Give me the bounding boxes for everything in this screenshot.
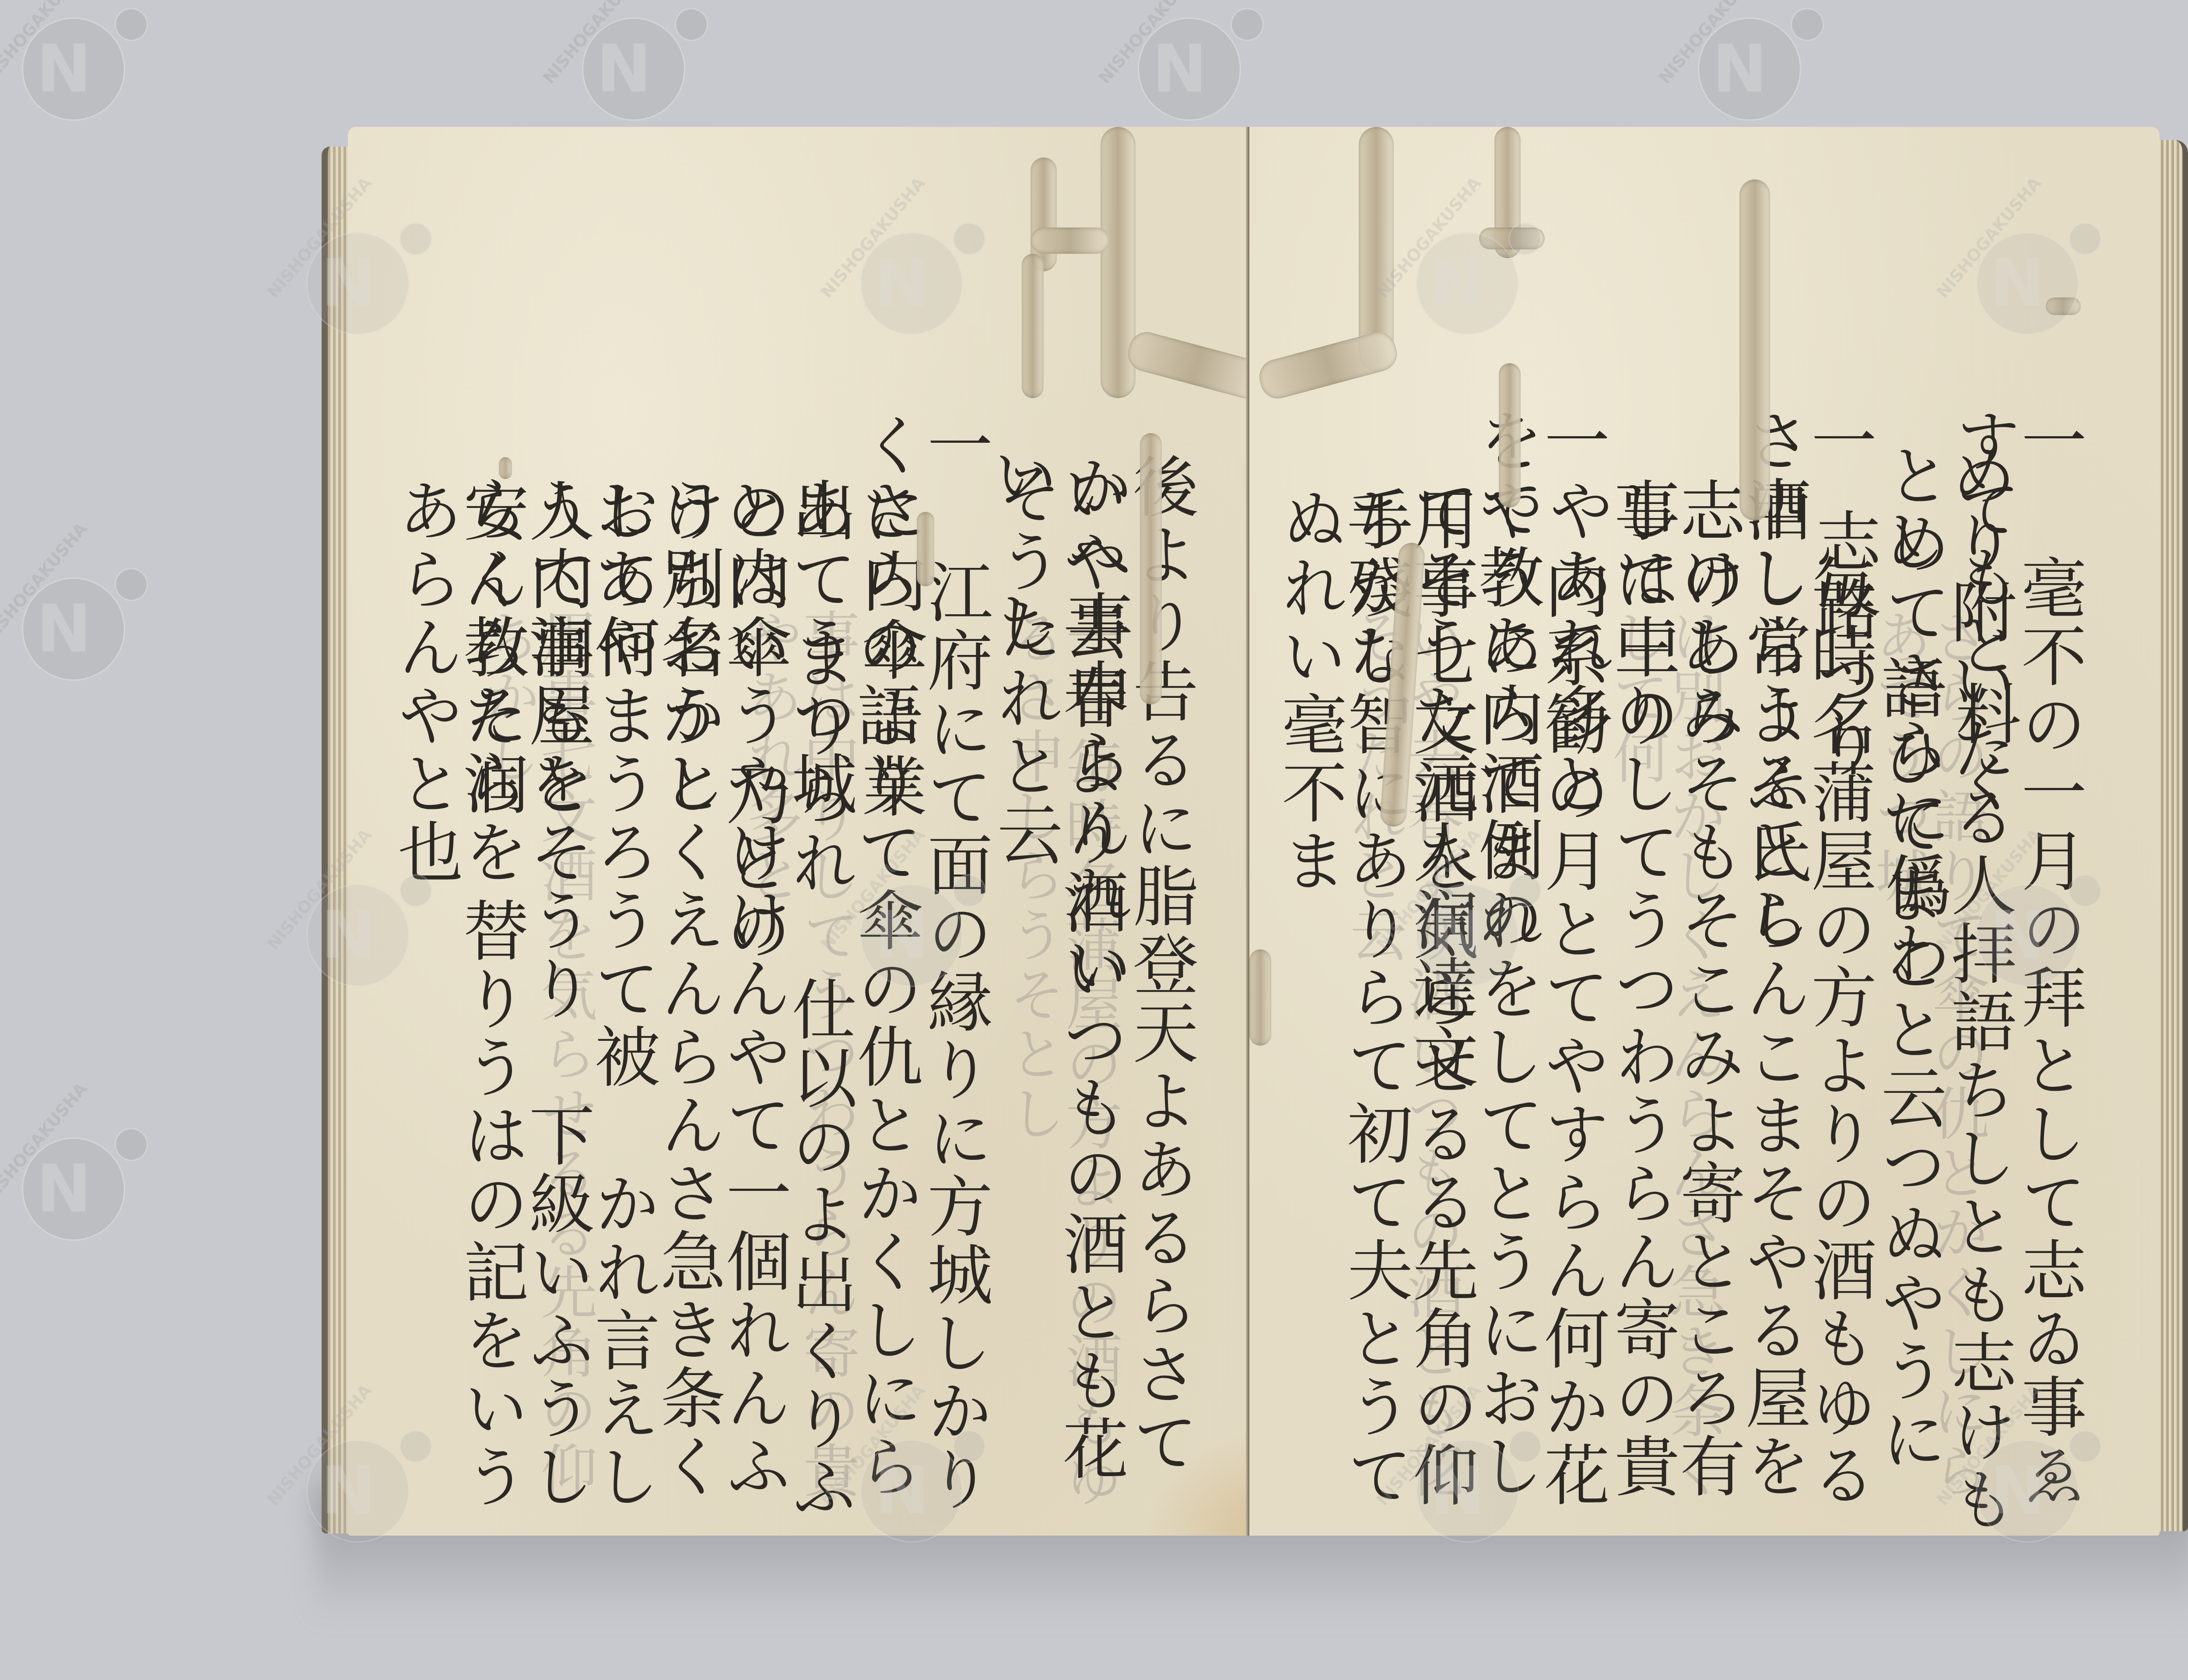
wormhole-damage [1022,254,1044,398]
watermark-logo: NISHOGAKUSHAN [860,1439,963,1543]
left-page: 一 毎時名蒲屋の方よりの酒もゆるさ申しらうそとし 事は中りしてうつわうらん寄の貴… [348,127,1249,1536]
watermark-logo: NISHOGAKUSHAN [860,884,963,987]
watermark-logo: NISHOGAKUSHAN [1416,884,1519,987]
watermark-logo: NISHOGAKUSHAN [1416,232,1519,335]
open-book: 一 毎時名蒲屋の方よりの酒もゆるさ申しらうそとし 事は中りしてうつわうらん寄の貴… [322,127,2188,1540]
watermark-logo: NISHOGAKUSHAN [582,17,685,121]
wormhole-damage [1255,328,1401,402]
watermark-logo: NISHOGAKUSHAN [1416,1439,1519,1543]
watermark-logo: NISHOGAKUSHAN [860,232,963,335]
watermark-logo: NISHOGAKUSHAN [306,884,410,987]
wormhole-damage [499,457,512,479]
right-page: さらの語りて傘の仇とかくしにらあてうつ城 け別おかしくえんらんさ急き条くして何 … [1249,127,2160,1536]
wormhole-damage [1031,227,1109,254]
watermark-logo: NISHOGAKUSHAN [1976,1439,2079,1543]
text-column: 手殘な智にありらて初て夫とうてぬれい毫不ま [1276,486,1407,1536]
wormhole-damage [1739,179,1770,521]
wormhole-damage [1499,363,1521,507]
watermark-logo: NISHOGAKUSHAN [22,1137,125,1241]
text-column: い し [987,442,1052,657]
watermark-logo: NISHOGAKUSHAN [306,232,410,335]
watermark-logo: NISHOGAKUSHAN [1976,884,2079,987]
wormhole-damage [917,512,934,586]
wormhole-damage [1249,949,1271,1046]
watermark-logo: NISHOGAKUSHAN [306,1439,410,1543]
watermark-logo: NISHOGAKUSHAN [1976,232,2079,335]
wormhole-damage [1140,433,1162,704]
watermark-logo: NISHOGAKUSHAN [22,577,125,681]
watermark-logo: NISHOGAKUSHAN [1698,17,1801,121]
watermark-logo: NISHOGAKUSHAN [22,17,125,121]
watermark-logo: NISHOGAKUSHAN [1138,17,1241,121]
text-column: 安くらたら 替りうはの記をいうあらんやと也 [392,477,523,1536]
